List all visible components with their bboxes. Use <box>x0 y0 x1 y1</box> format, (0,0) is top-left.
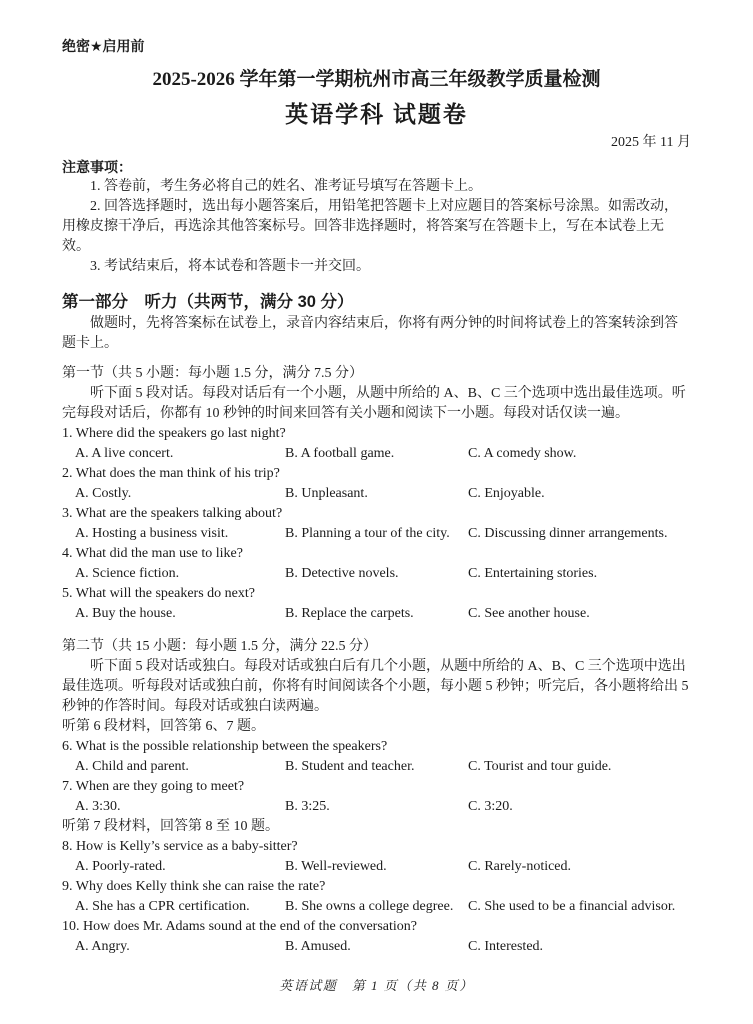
question-options: A. Buy the house. B. Replace the carpets… <box>75 604 691 624</box>
question-options: A. A live concert. B. A football game. C… <box>75 444 691 464</box>
option-c: C. Rarely-noticed. <box>468 857 691 877</box>
option-b: B. Planning a tour of the city. <box>285 524 468 544</box>
option-b: B. Replace the carpets. <box>285 604 468 624</box>
question-stem: 9. Why does Kelly think she can raise th… <box>62 877 691 897</box>
question-block: 8. How is Kelly’s service as a baby-sitt… <box>62 837 691 877</box>
option-b: B. Detective novels. <box>285 564 468 584</box>
notice-item-1: 1. 答卷前，考生务必将自己的姓名、准考证号填写在答题卡上。 <box>62 177 691 197</box>
option-a: A. Costly. <box>75 484 285 504</box>
option-a: A. 3:30. <box>75 797 285 817</box>
option-a: A. Poorly-rated. <box>75 857 285 877</box>
option-c: C. She used to be a financial advisor. <box>468 897 691 917</box>
option-a: A. Angry. <box>75 937 285 957</box>
question-stem: 6. What is the possible relationship bet… <box>62 737 691 757</box>
question-options: A. Hosting a business visit. B. Planning… <box>75 524 691 544</box>
option-b: B. Well-reviewed. <box>285 857 468 877</box>
option-b: B. Amused. <box>285 937 468 957</box>
option-c: C. Entertaining stories. <box>468 564 691 584</box>
exam-title: 2025-2026 学年第一学期杭州市高三年级教学质量检测 <box>62 67 691 93</box>
section2-instruction: 听下面 5 段对话或独白。每段对话或独白后有几个小题，从题中所给的 A、B、C … <box>62 657 691 717</box>
question-stem: 2. What does the man think of his trip? <box>62 464 691 484</box>
question-block: 3. What are the speakers talking about? … <box>62 504 691 544</box>
question-options: A. Costly. B. Unpleasant. C. Enjoyable. <box>75 484 691 504</box>
option-c: C. Tourist and tour guide. <box>468 757 691 777</box>
section2-group2-note: 听第 7 段材料，回答第 8 至 10 题。 <box>62 817 691 837</box>
exam-paper-page: 绝密★启用前 2025-2026 学年第一学期杭州市高三年级教学质量检测 英语学… <box>0 0 753 1024</box>
option-a: A. Buy the house. <box>75 604 285 624</box>
notice-item-2: 2. 回答选择题时，选出每小题答案后，用铅笔把答题卡上对应题目的答案标号涂黑。如… <box>62 197 691 257</box>
option-c: C. A comedy show. <box>468 444 691 464</box>
option-c: C. 3:20. <box>468 797 691 817</box>
question-stem: 3. What are the speakers talking about? <box>62 504 691 524</box>
question-block: 1. Where did the speakers go last night?… <box>62 424 691 464</box>
question-options: A. She has a CPR certification. B. She o… <box>75 897 691 917</box>
page-footer: 英语试题 第 1 页（共 8 页） <box>0 976 753 996</box>
section1-question-list: 1. Where did the speakers go last night?… <box>62 424 691 624</box>
section1-heading: 第一节（共 5 小题：每小题 1.5 分，满分 7.5 分） <box>62 364 691 384</box>
part1-instruction: 做题时，先将答案标在试卷上，录音内容结束后，你将有两分钟的时间将试卷上的答案转涂… <box>62 314 691 354</box>
question-stem: 10. How does Mr. Adams sound at the end … <box>62 917 691 937</box>
notice-item-3: 3. 考试结束后，将本试卷和答题卡一并交回。 <box>62 257 691 277</box>
section2-group1-question-list: 6. What is the possible relationship bet… <box>62 737 691 817</box>
option-a: A. Science fiction. <box>75 564 285 584</box>
option-b: B. 3:25. <box>285 797 468 817</box>
option-c: C. Discussing dinner arrangements. <box>468 524 691 544</box>
option-b: B. A football game. <box>285 444 468 464</box>
option-a: A. She has a CPR certification. <box>75 897 285 917</box>
question-block: 10. How does Mr. Adams sound at the end … <box>62 917 691 957</box>
question-stem: 8. How is Kelly’s service as a baby-sitt… <box>62 837 691 857</box>
question-options: A. Poorly-rated. B. Well-reviewed. C. Ra… <box>75 857 691 877</box>
option-a: A. Child and parent. <box>75 757 285 777</box>
question-options: A. 3:30. B. 3:25. C. 3:20. <box>75 797 691 817</box>
question-stem: 4. What did the man use to like? <box>62 544 691 564</box>
exam-date: 2025 年 11 月 <box>62 133 691 153</box>
option-c: C. See another house. <box>468 604 691 624</box>
option-b: B. Student and teacher. <box>285 757 468 777</box>
question-options: A. Angry. B. Amused. C. Interested. <box>75 937 691 957</box>
question-block: 2. What does the man think of his trip? … <box>62 464 691 504</box>
notice-heading: 注意事项： <box>62 157 691 177</box>
part1-heading: 第一部分 听力（共两节，满分 30 分） <box>62 291 691 314</box>
question-options: A. Science fiction. B. Detective novels.… <box>75 564 691 584</box>
option-c: C. Enjoyable. <box>468 484 691 504</box>
question-stem: 7. When are they going to meet? <box>62 777 691 797</box>
section2-group1-note: 听第 6 段材料，回答第 6、7 题。 <box>62 717 691 737</box>
option-b: B. Unpleasant. <box>285 484 468 504</box>
option-c: C. Interested. <box>468 937 691 957</box>
question-block: 7. When are they going to meet? A. 3:30.… <box>62 777 691 817</box>
question-stem: 1. Where did the speakers go last night? <box>62 424 691 444</box>
section2-group2-question-list: 8. How is Kelly’s service as a baby-sitt… <box>62 837 691 957</box>
question-block: 5. What will the speakers do next? A. Bu… <box>62 584 691 624</box>
question-block: 6. What is the possible relationship bet… <box>62 737 691 777</box>
question-block: 9. Why does Kelly think she can raise th… <box>62 877 691 917</box>
option-b: B. She owns a college degree. <box>285 897 468 917</box>
subject-title: 英语学科 试题卷 <box>62 100 691 130</box>
option-a: A. A live concert. <box>75 444 285 464</box>
classification-banner: 绝密★启用前 <box>62 36 691 56</box>
section2-heading: 第二节（共 15 小题：每小题 1.5 分，满分 22.5 分） <box>62 637 691 657</box>
question-block: 4. What did the man use to like? A. Scie… <box>62 544 691 584</box>
section1-instruction: 听下面 5 段对话。每段对话后有一个小题，从题中所给的 A、B、C 三个选项中选… <box>62 384 691 424</box>
option-a: A. Hosting a business visit. <box>75 524 285 544</box>
question-options: A. Child and parent. B. Student and teac… <box>75 757 691 777</box>
question-stem: 5. What will the speakers do next? <box>62 584 691 604</box>
